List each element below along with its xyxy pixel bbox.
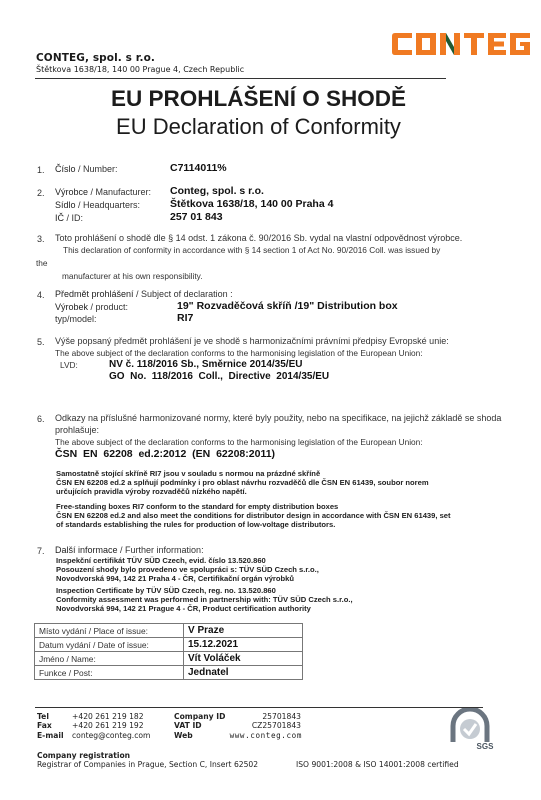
email-label: E-mail xyxy=(37,731,64,740)
vat-value: CZ25701843 xyxy=(241,721,301,730)
section-4-number: 4. xyxy=(37,290,45,300)
headquarters-label: Sídlo / Headquarters: xyxy=(55,200,140,210)
iso-certification: ISO 9001:2008 & ISO 14001:2008 certified xyxy=(296,760,459,769)
email-link[interactable]: conteg@conteg.com xyxy=(72,731,150,740)
section-1-number: 1. xyxy=(37,165,45,175)
declaration-text-en-cont: the xyxy=(36,258,48,268)
id-label: IČ / ID: xyxy=(55,213,83,223)
lvd-regulation-en: GO No. 118/2016 Coll., Directive 2014/35… xyxy=(109,371,329,382)
vat-label: VAT ID xyxy=(174,721,202,730)
sgs-certification-icon: SGS xyxy=(445,708,495,750)
name-label: Jméno / Name: xyxy=(35,652,184,666)
section-5-number: 5. xyxy=(37,337,45,347)
lvd-label: LVD: xyxy=(60,360,78,370)
harmonized-standard: ČSN EN 62208 ed.2:2012 (EN 62208:2011) xyxy=(55,448,275,460)
number-label: Číslo / Number: xyxy=(55,164,118,174)
table-row: Funkce / Post: Jednatel xyxy=(35,666,303,680)
tel-label: Tel xyxy=(37,712,49,721)
fax-value: +420 261 219 192 xyxy=(72,721,144,730)
declaration-text-cz: Toto prohlášení o shodě dle § 14 odst. 1… xyxy=(55,233,462,243)
subject-heading: Předmět prohlášení / Subject of declarat… xyxy=(55,289,233,299)
company-address: Štětkova 1638/18, 140 00 Prague 4, Czech… xyxy=(36,65,244,74)
title-english: EU Declaration of Conformity xyxy=(0,114,541,140)
further-info-en: Inspection Certificate by TÜV SÜD Czech,… xyxy=(56,586,353,614)
conformity-text-cz: Výše popsaný předmět prohlášení je ve sh… xyxy=(55,336,449,346)
footer-divider xyxy=(35,707,483,708)
standards-text-cz: Odkazy na příslušné harmonizované normy,… xyxy=(55,413,501,423)
standards-note-en: Free-standing boxes RI7 conform to the s… xyxy=(56,502,451,530)
table-row: Datum vydání / Date of issue: 15.12.2021 xyxy=(35,638,303,652)
header-divider xyxy=(35,78,446,79)
place-of-issue-label: Místo vydání / Place of issue: xyxy=(35,624,184,638)
title-czech: EU PROHLÁŠENÍ O SHODĚ xyxy=(0,86,541,112)
place-of-issue-value: V Praze xyxy=(184,624,303,638)
fax-label: Fax xyxy=(37,721,52,730)
product-value: 19" Rozvaděčová skříň /19" Distribution … xyxy=(177,300,398,312)
name-value: Vít Voláček xyxy=(184,652,303,666)
lvd-regulation-cz: NV č. 118/2016 Sb., Směrnice 2014/35/EU xyxy=(109,359,302,370)
date-of-issue-value: 15.12.2021 xyxy=(184,638,303,652)
declaration-text-en: This declaration of conformity in accord… xyxy=(63,245,440,255)
web-label: Web xyxy=(174,731,193,740)
section-7-number: 7. xyxy=(37,546,45,556)
id-value: 257 01 843 xyxy=(170,211,223,223)
section-2-number: 2. xyxy=(37,188,45,198)
section-6-number: 6. xyxy=(37,414,45,424)
company-id-label: Company ID xyxy=(174,712,225,721)
conteg-logo xyxy=(392,33,530,55)
further-info-cz: Inspekční certifikát TÜV SÜD Czech, evid… xyxy=(56,556,319,584)
declaration-number: C7114011% xyxy=(170,162,227,174)
manufacturer-label: Výrobce / Manufacturer: xyxy=(55,187,151,197)
date-of-issue-label: Datum vydání / Date of issue: xyxy=(35,638,184,652)
post-value: Jednatel xyxy=(184,666,303,680)
further-info-heading: Další informace / Further information: xyxy=(55,545,204,555)
headquarters-value: Štětkova 1638/18, 140 00 Praha 4 xyxy=(170,198,333,210)
table-row: Místo vydání / Place of issue: V Praze xyxy=(35,624,303,638)
post-label: Funkce / Post: xyxy=(35,666,184,680)
registration-heading: Company registration xyxy=(37,751,130,760)
standards-text-cz-cont: prohlašuje: xyxy=(55,425,99,435)
company-id-value: 25701843 xyxy=(261,712,301,721)
conformity-text-en: The above subject of the declaration con… xyxy=(55,348,423,358)
tel-value: +420 261 219 182 xyxy=(72,712,144,721)
section-3-number: 3. xyxy=(37,234,45,244)
declaration-text-en-end: manufacturer at his own responsibility. xyxy=(62,271,203,281)
web-link[interactable]: www.conteg.com xyxy=(222,731,302,740)
manufacturer-value: Conteg, spol. s r.o. xyxy=(170,185,264,197)
product-label: Výrobek / product: xyxy=(55,302,128,312)
registration-text: Registrar of Companies in Prague, Sectio… xyxy=(37,760,258,769)
svg-text:SGS: SGS xyxy=(477,742,495,750)
company-name: CONTEG, spol. s r.o. xyxy=(36,52,155,64)
model-value: RI7 xyxy=(177,312,193,324)
standards-note-cz: Samostatně stojící skříně RI7 jsou v sou… xyxy=(56,469,429,497)
model-label: typ/model: xyxy=(55,314,97,324)
table-row: Jméno / Name: Vít Voláček xyxy=(35,652,303,666)
issue-table: Místo vydání / Place of issue: V Praze D… xyxy=(34,623,303,680)
standards-text-en: The above subject of the declaration con… xyxy=(55,437,423,447)
